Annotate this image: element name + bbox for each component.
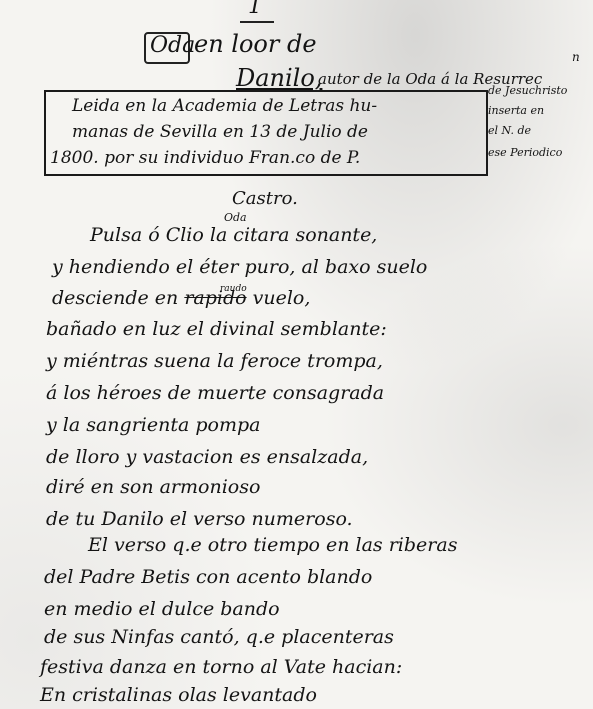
verse-line: desciende en rapido vuelo,: [52, 287, 310, 309]
verse-line: bañado en luz el divinal semblante:: [46, 318, 387, 340]
margin-note-line: el N. de: [488, 124, 531, 137]
verse-line: y la sangrienta pompa: [46, 414, 260, 436]
manuscript-page: 1 Oda en loor de Danilo, autor de la Oda…: [0, 0, 593, 709]
title-text: en loor de: [194, 30, 317, 58]
verse-text: vuelo,: [247, 287, 311, 309]
verse-line: Pulsa ó Clio la citara sonante,: [90, 224, 377, 246]
verse-line: del Padre Betis con acento blando: [44, 566, 372, 588]
verse-line: y miéntras suena la feroce trompa,: [46, 350, 383, 372]
page-number-rule: [240, 21, 274, 23]
reading-note-line: Leida en la Academia de Letras hu-: [72, 96, 377, 116]
author-name: Castro.: [232, 188, 298, 209]
verse-line: En cristalinas olas levantado: [40, 684, 317, 706]
page-number: 1: [248, 0, 262, 19]
verse-line: en medio el dulce bando: [44, 598, 280, 620]
verse-line: de tu Danilo el verso numeroso.: [46, 508, 353, 530]
verse-line: y hendiendo el éter puro, al baxo suelo: [52, 256, 427, 278]
margin-note-line: inserta en: [488, 104, 544, 117]
margin-note-line: de Jesuchristo: [488, 84, 567, 97]
interlinear-insert: raudo: [220, 284, 247, 294]
dedicatee-name: Danilo,: [236, 64, 322, 92]
verse-text: desciende en: [52, 287, 184, 309]
verse-line: diré en son armonioso: [46, 476, 260, 498]
margin-superscript: n: [572, 50, 580, 64]
verse-line: El verso q.e otro tiempo en las riberas: [88, 534, 457, 556]
verse-line: de sus Ninfas cantó, q.e placenteras: [44, 626, 394, 648]
verse-line: festiva danza en torno al Vate hacian:: [40, 656, 402, 678]
reading-note-line: manas de Sevilla en 13 de Julio de: [72, 122, 368, 142]
margin-note-line: ese Periodico: [488, 146, 562, 159]
verse-line: de lloro y vastacion es ensalzada,: [46, 446, 368, 468]
title-boxed-word: Oda: [150, 33, 195, 58]
reading-note-line: 1800. por su individuo Fran.co de P.: [50, 148, 360, 168]
section-label: Oda: [224, 211, 247, 224]
verse-line: á los héroes de muerte consagrada: [46, 382, 384, 404]
